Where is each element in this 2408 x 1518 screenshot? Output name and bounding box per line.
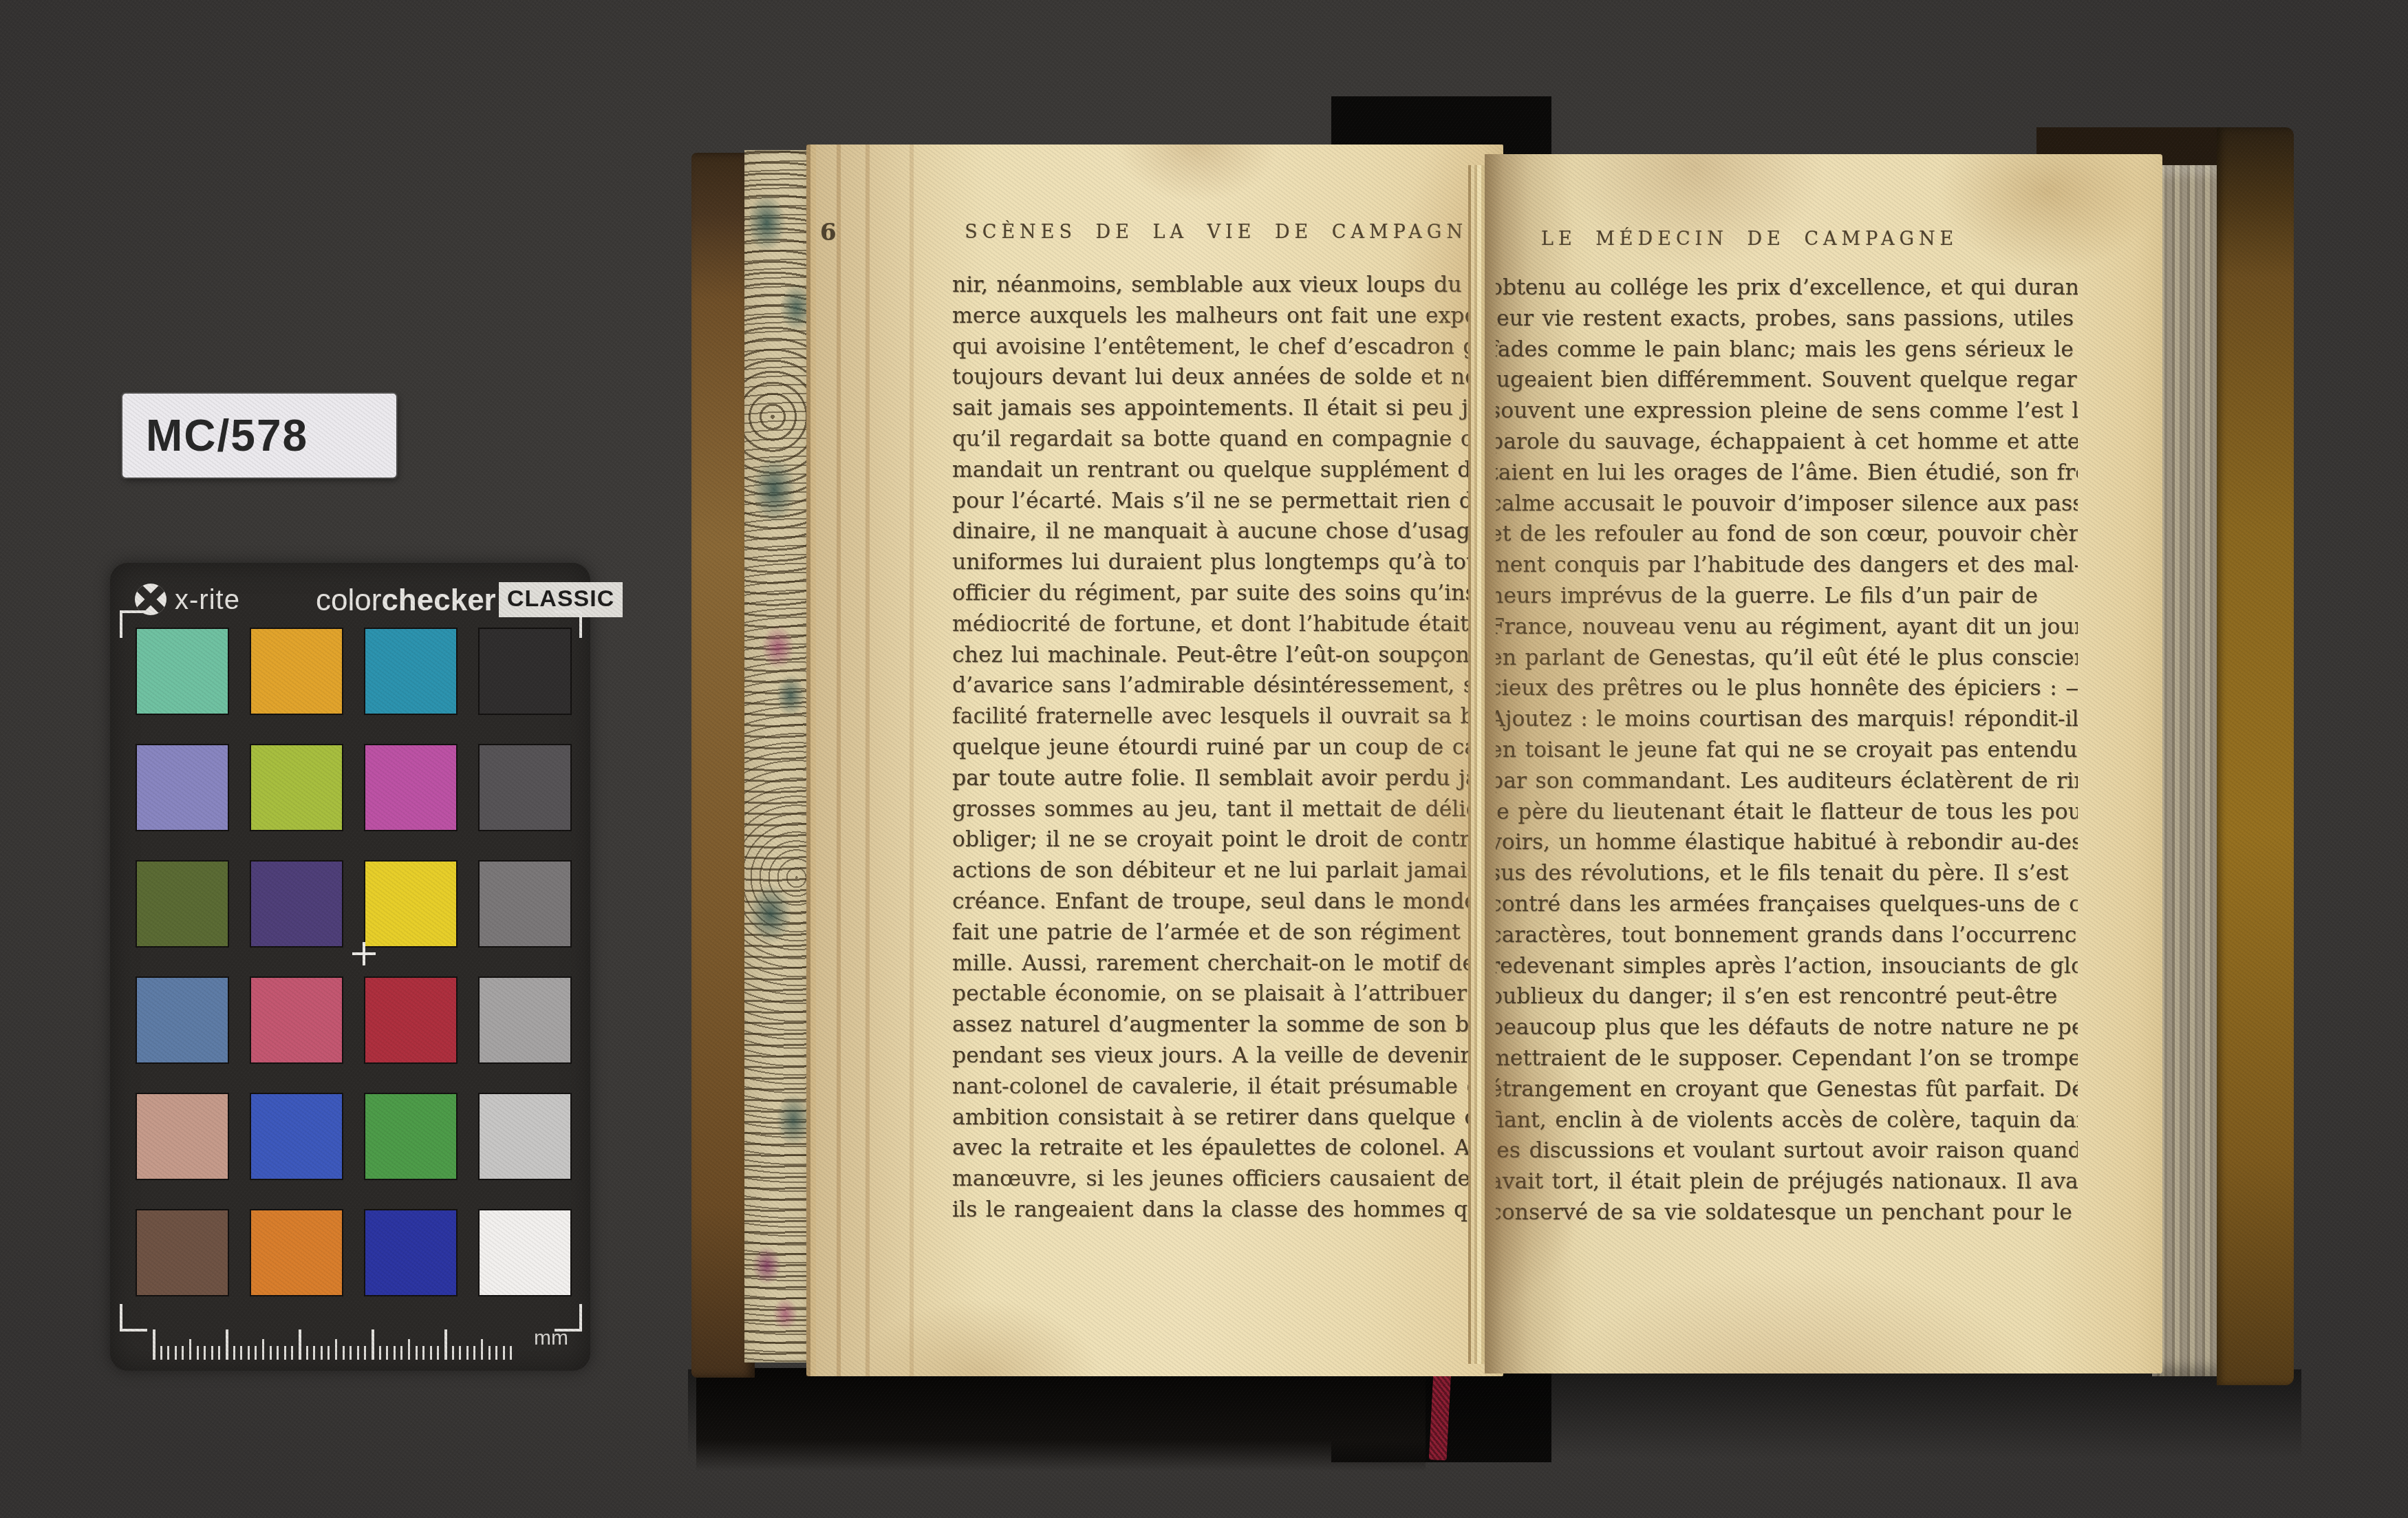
color-patch xyxy=(250,976,343,1064)
product-name-bold: checker xyxy=(381,584,495,617)
text-line: merce auxquels les malheurs ont fait une… xyxy=(952,301,1500,332)
ruler-unit-label: mm xyxy=(534,1327,568,1350)
color-patch xyxy=(364,860,458,948)
text-line: uniformes lui duraient plus longtemps qu… xyxy=(952,547,1500,578)
color-patch xyxy=(136,1209,229,1296)
page-number: 6 xyxy=(820,219,837,246)
text-line: qu’il regardait sa botte quand en compag… xyxy=(952,424,1500,455)
book-cover-right xyxy=(2217,127,2294,1385)
text-line: par son commandant. Les auditeurs éclatè… xyxy=(1496,766,2078,797)
text-line: en parlant de Genestas, qu’il eût été le… xyxy=(1496,643,2078,674)
text-line: taient en lui les orages de l’âme. Bien … xyxy=(1496,458,2078,489)
text-line: nant-colonel de cavalerie, il était prés… xyxy=(952,1071,1500,1102)
shelfmark-text: MC/578 xyxy=(122,410,308,461)
color-patch xyxy=(364,976,458,1064)
text-line: leur vie restent exacts, probes, sans pa… xyxy=(1496,303,2078,334)
color-patch xyxy=(478,976,572,1064)
text-line: cieux des prêtres ou le plus honnête des… xyxy=(1496,673,2078,704)
color-patch xyxy=(364,1209,458,1296)
left-page-text: nir, néanmoins, semblable aux vieux loup… xyxy=(952,270,1500,1233)
text-line: voirs, un homme élastique habitué à rebo… xyxy=(1496,827,2078,858)
text-line: ambition consistait à se retirer dans qu… xyxy=(952,1102,1500,1133)
text-line: France, nouveau venu au régiment, ayant … xyxy=(1496,612,2078,643)
color-patch xyxy=(136,860,229,948)
color-patch xyxy=(136,744,229,831)
color-patch xyxy=(478,1209,572,1296)
text-line: fait une patrie de l’armée et de son rég… xyxy=(952,917,1500,948)
digitization-photo: 6 SCÈNES DE LA VIE DE CAMPAGNE nir, néan… xyxy=(0,0,2408,1518)
color-patch xyxy=(250,860,343,948)
color-patch xyxy=(478,1093,572,1180)
color-patch xyxy=(364,628,458,715)
text-line: actions de son débiteur et ne lui parlai… xyxy=(952,855,1500,886)
text-line: sait jamais ses appointements. Il était … xyxy=(952,393,1500,424)
gutter-page-edges xyxy=(1468,165,1486,1364)
text-line: en toisant le jeune fat qui ne se croyai… xyxy=(1496,735,2078,766)
color-patch xyxy=(250,1093,343,1180)
text-line: étrangement en croyant que Genestas fût … xyxy=(1496,1074,2078,1105)
text-line: médiocrité de fortune, et dont l’habitud… xyxy=(952,609,1500,640)
text-line: beaucoup plus que les défauts de notre n… xyxy=(1496,1012,2078,1043)
book-bottom-shadow xyxy=(696,1368,1426,1471)
color-patch xyxy=(478,860,572,948)
text-line: heurs imprévus de la guerre. Le fils d’u… xyxy=(1496,581,2078,612)
color-patch xyxy=(478,628,572,715)
text-line: grosses sommes au jeu, tant il mettait d… xyxy=(952,794,1500,825)
color-patch xyxy=(478,744,572,831)
text-line: mettraient de le supposer. Cependant l’o… xyxy=(1496,1043,2078,1074)
text-line: souvent une expression pleine de sens co… xyxy=(1496,396,2078,427)
text-line: les discussions et voulant surtout avoir… xyxy=(1496,1135,2078,1166)
text-line: parole du sauvage, échappaient à cet hom… xyxy=(1496,427,2078,458)
product-name: colorchecker xyxy=(316,584,495,618)
text-line: redevenant simples après l’action, insou… xyxy=(1496,951,2078,982)
text-line: ment conquis par l’habitude des dangers … xyxy=(1496,550,2078,581)
text-line: oublieux du danger; il s’en est rencontr… xyxy=(1496,981,2078,1012)
color-patch xyxy=(250,744,343,831)
text-line: pectable économie, on se plaisait à l’at… xyxy=(952,979,1500,1009)
running-header-left-text: SCÈNES DE LA VIE DE CAMPAGNE xyxy=(965,222,1486,243)
text-line: dinaire, il ne manquait à aucune chose d… xyxy=(952,516,1500,547)
color-patch xyxy=(364,1093,458,1180)
shelfmark-label: MC/578 xyxy=(122,394,396,478)
color-patch xyxy=(136,976,229,1064)
text-line: mille. Aussi, rarement cherchait-on le m… xyxy=(952,948,1500,979)
mm-ruler: mm xyxy=(153,1329,517,1360)
crop-bracket-icon xyxy=(120,1304,147,1332)
text-line: officier du régiment, par suite des soin… xyxy=(952,578,1500,609)
text-line: pour l’écarté. Mais s’il ne se permettai… xyxy=(952,486,1500,517)
text-line: le père du lieutenant était le flatteur … xyxy=(1496,797,2078,828)
text-line: ils le rangeaient dans la classe des hom… xyxy=(952,1195,1500,1226)
left-page: 6 SCÈNES DE LA VIE DE CAMPAGNE nir, néan… xyxy=(806,145,1503,1376)
page-block-fore-edge xyxy=(2152,165,2221,1376)
running-header-left: 6 SCÈNES DE LA VIE DE CAMPAGNE xyxy=(952,222,1498,243)
text-line: fades comme le pain blanc; mais les gens… xyxy=(1496,334,2078,365)
text-line: caractères, tout bonnement grands dans l… xyxy=(1496,920,2078,951)
product-name-light: color xyxy=(316,584,381,617)
text-line: créance. Enfant de troupe, seul dans le … xyxy=(952,886,1500,917)
color-patch xyxy=(250,628,343,715)
text-line: contré dans les armées françaises quelqu… xyxy=(1496,889,2078,920)
text-line: fiant, enclin à de violents accès de col… xyxy=(1496,1105,2078,1136)
text-line: obtenu au collége les prix d’excellence,… xyxy=(1496,272,2078,303)
text-line: qui avoisine l’entêtement, le chef d’esc… xyxy=(952,332,1500,363)
colorchecker-header: x-rite colorchecker CLASSIC xyxy=(110,581,590,622)
registration-cross-icon xyxy=(352,942,376,965)
text-line: et de les refouler au fond de son cœur, … xyxy=(1496,519,2078,550)
text-line: obliger; il ne se croyait point le droit… xyxy=(952,824,1500,855)
text-line: sus des révolutions, et le fils tenait d… xyxy=(1496,858,2078,889)
text-line: toujours devant lui deux années de solde… xyxy=(952,362,1500,393)
color-patch xyxy=(136,1093,229,1180)
color-patch xyxy=(136,628,229,715)
text-line: nir, néanmoins, semblable aux vieux loup… xyxy=(952,270,1500,301)
text-line: jugeaient bien différemment. Souvent que… xyxy=(1496,365,2078,396)
brand-name: x-rite xyxy=(175,585,240,616)
text-line: pendant ses vieux jours. A la veille de … xyxy=(952,1040,1500,1071)
colorchecker-card: x-rite colorchecker CLASSIC mm xyxy=(110,563,590,1371)
text-line: assez naturel d’augmenter la somme de so… xyxy=(952,1009,1500,1040)
text-line: par toute autre folie. Il semblait avoir… xyxy=(952,763,1500,794)
text-line: avait tort, il était plein de préjugés n… xyxy=(1496,1166,2078,1197)
color-patch xyxy=(250,1209,343,1296)
text-line: d’avarice sans l’admirable désintéressem… xyxy=(952,670,1500,701)
text-line: chez lui machinale. Peut-être l’eût-on s… xyxy=(952,640,1500,671)
text-line: calme accusait le pouvoir d’imposer sile… xyxy=(1496,489,2078,520)
right-page: LE MÉDECIN DE CAMPAGNE obtenu au collége… xyxy=(1485,154,2162,1373)
text-line: avec la retraite et les épaulettes de co… xyxy=(952,1133,1500,1164)
right-page-text: obtenu au collége les prix d’excellence,… xyxy=(1496,272,2078,1243)
running-header-right: LE MÉDECIN DE CAMPAGNE xyxy=(1541,228,1958,250)
text-line: Ajoutez : le moins courtisan des marquis… xyxy=(1496,704,2078,735)
text-line: mandait un rentrant ou quelque supplémen… xyxy=(952,455,1500,486)
text-line: conservé de sa vie soldatesque un pencha… xyxy=(1496,1197,2078,1228)
text-line: manœuvre, si les jeunes officiers causai… xyxy=(952,1164,1500,1195)
text-line: quelque jeune étourdi ruiné par un coup … xyxy=(952,732,1500,763)
text-line: facilité fraternelle avec lesquels il ou… xyxy=(952,701,1500,732)
color-patch xyxy=(364,744,458,831)
